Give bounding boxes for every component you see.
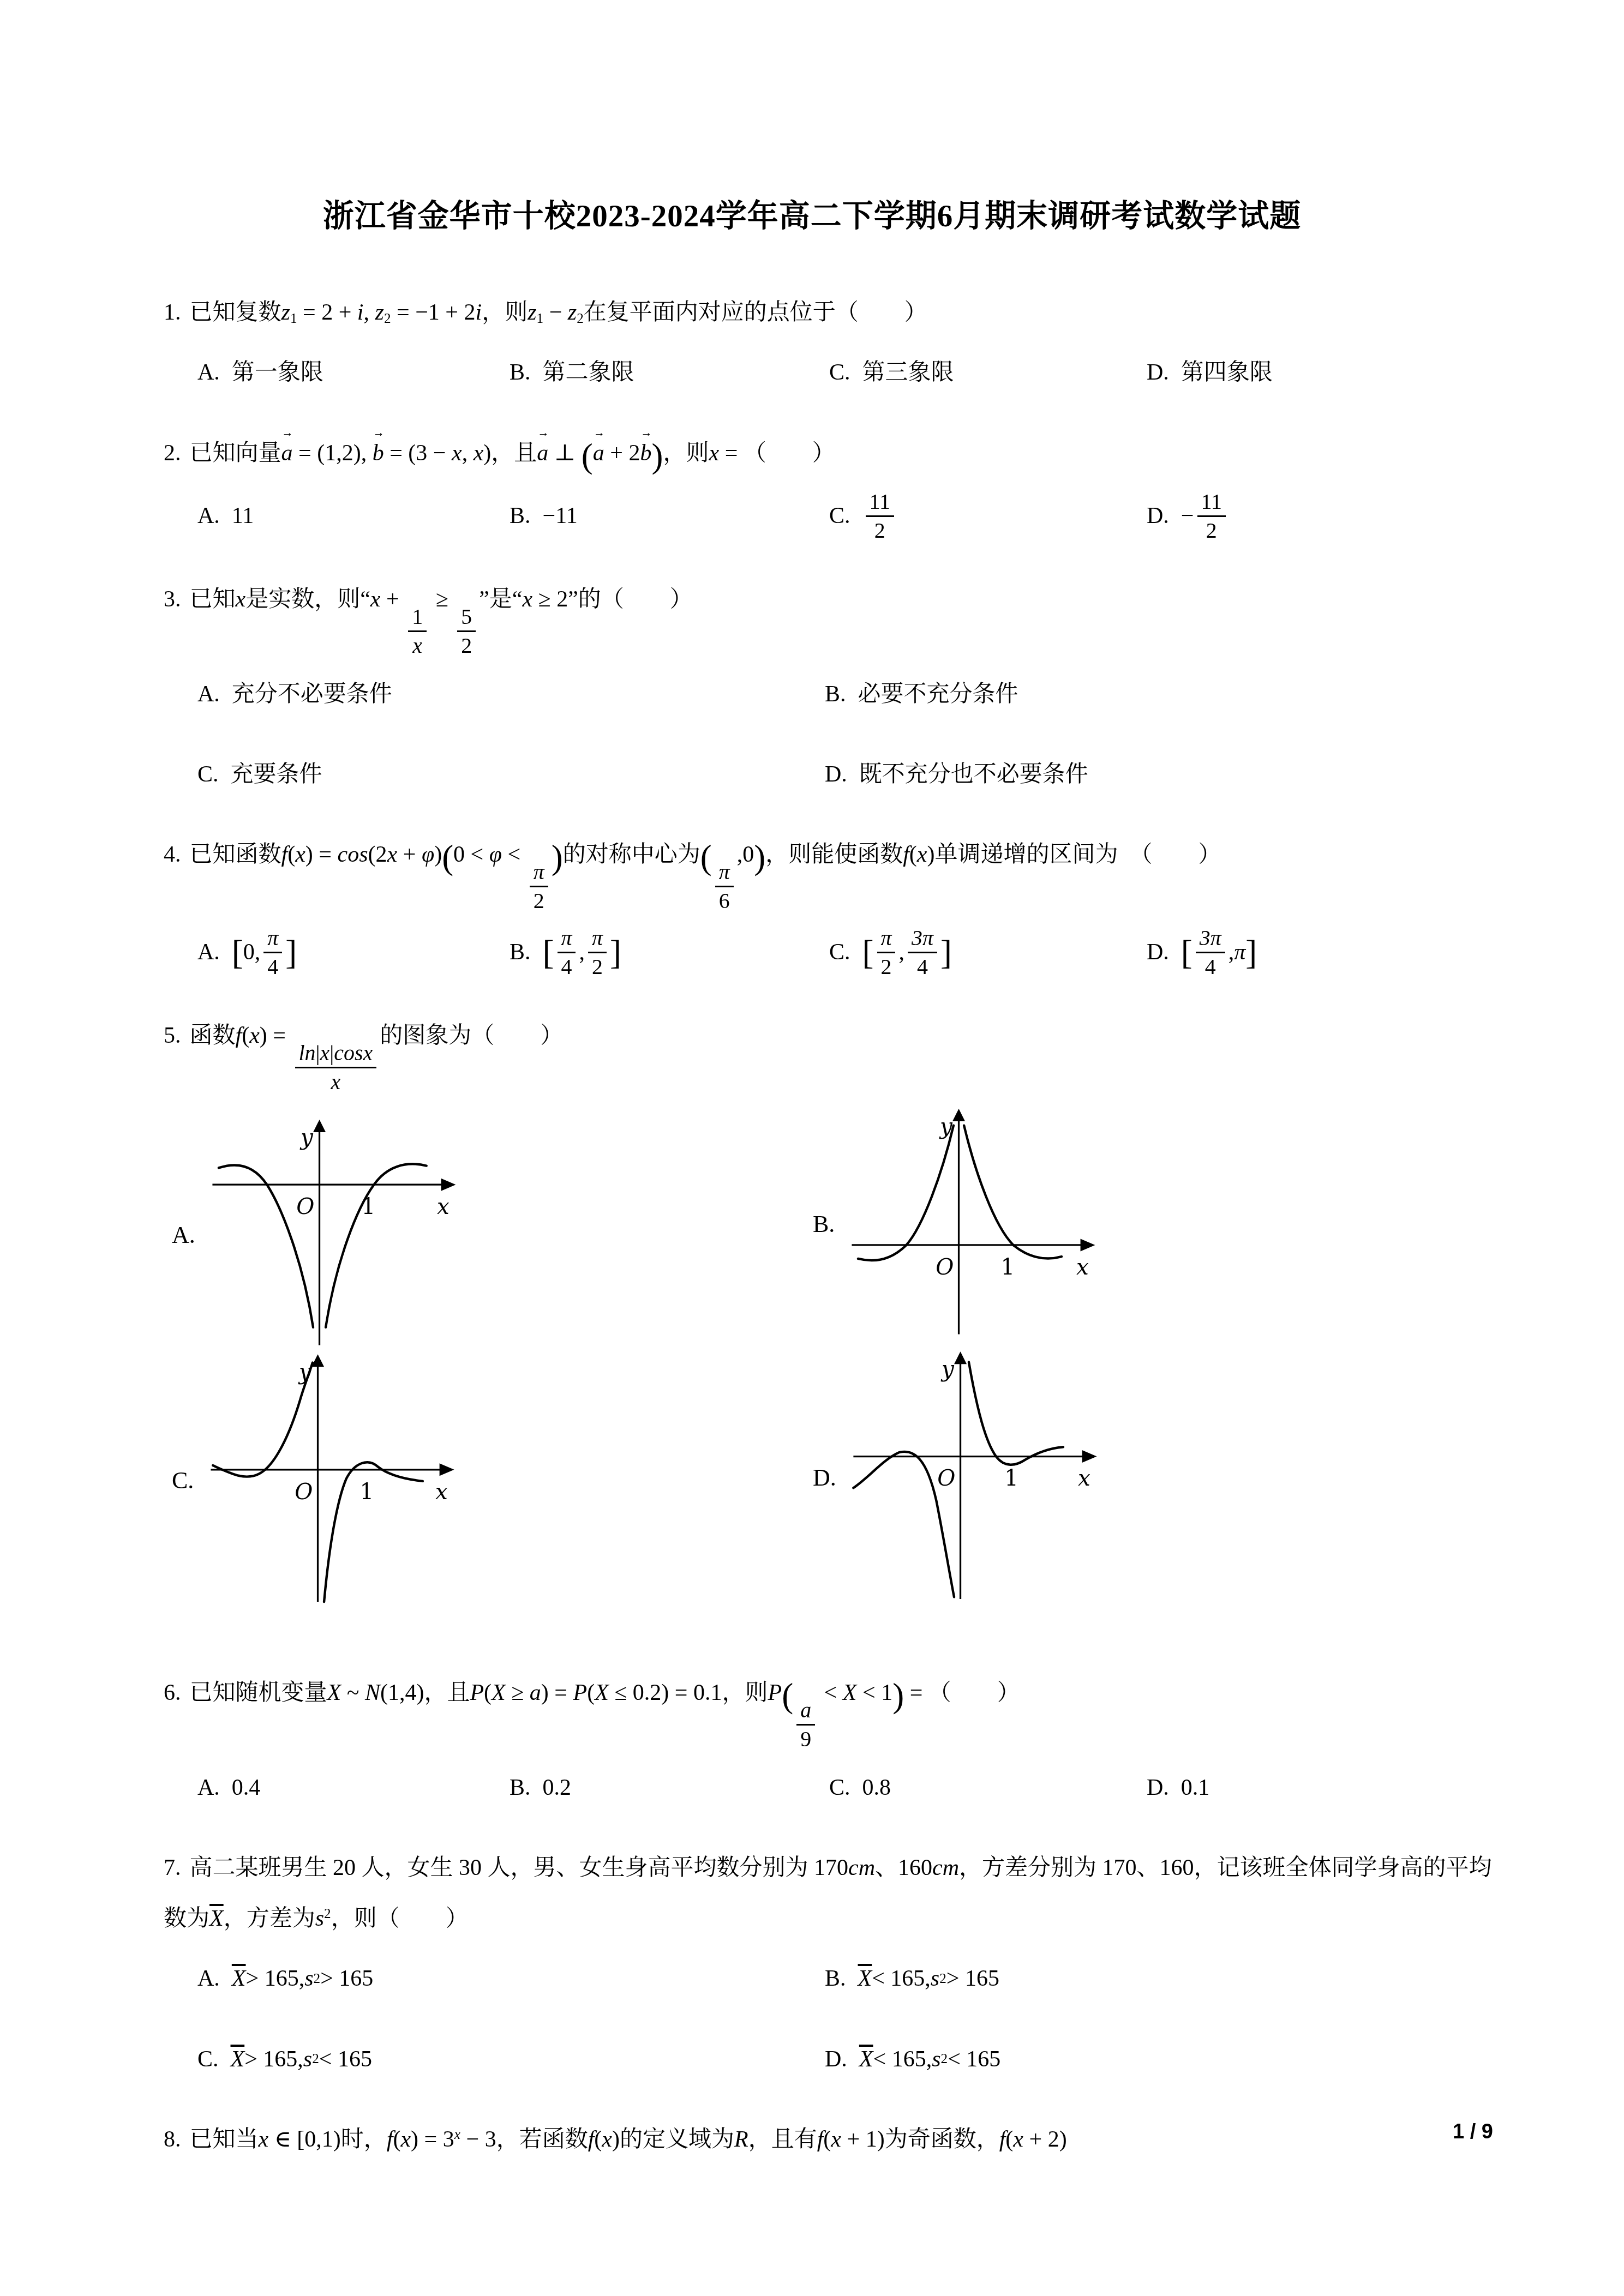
option-letter: D. xyxy=(1147,347,1169,398)
origin-label: O xyxy=(937,1466,955,1492)
x-axis-label: x xyxy=(1078,1466,1090,1492)
text-run: < 165 xyxy=(948,2034,1000,2084)
question-6: 6.已知随机变量X ~ N(1,4)，且P(X ≥ a) = P(X ≤ 0.2… xyxy=(164,1668,1499,1813)
text-run: − xyxy=(1181,491,1194,541)
text-run: X xyxy=(327,1680,341,1705)
option-content: 第三象限 xyxy=(862,347,954,398)
text-run: 必要不充分条件 xyxy=(858,669,1018,719)
x-axis-label: x xyxy=(1076,1254,1089,1280)
text-run: < 1 xyxy=(856,1680,892,1705)
graph-d-plot: y x O 1 xyxy=(845,1351,1118,1603)
text-run: f xyxy=(903,842,909,867)
option-2D: D.− 112 xyxy=(1147,488,1499,544)
text-run: π xyxy=(561,925,572,950)
text-run: π xyxy=(592,925,603,950)
text-run: 5 xyxy=(457,603,476,632)
option-letter: B. xyxy=(825,1954,846,2004)
text-run: X xyxy=(859,2034,873,2084)
text-run: ) xyxy=(652,436,663,474)
option-letter: C. xyxy=(197,2034,219,2084)
option-4D: D.[3π4, π] xyxy=(1147,924,1499,981)
text-run: x xyxy=(331,1069,340,1094)
text-run: z xyxy=(375,300,384,325)
text-run: ( xyxy=(782,1676,793,1715)
y-axis-label: y xyxy=(940,1357,955,1383)
option-content: 0.4 xyxy=(232,1763,261,1813)
text-run: P xyxy=(470,1680,484,1705)
question-number: 2. xyxy=(164,441,181,466)
text-run: , xyxy=(898,927,904,977)
origin-label: O xyxy=(936,1254,954,1280)
question-stem: 5.函数f(x) = ln|x|cosxx的图象为（ ） xyxy=(164,1011,1499,1096)
fraction: π4 xyxy=(263,924,282,981)
text-run: 既不充分也不必要条件 xyxy=(859,749,1088,800)
text-run: ，则能使函数 xyxy=(765,842,903,867)
options: A.[0, π4]B.[π4, π2]C.[π2, 3π4]D.[3π4, π] xyxy=(164,924,1499,981)
option-4C: C.[π2, 3π4] xyxy=(829,924,1147,981)
question-2: 2.已知向量a = (1,2), b = (3 − x, x)，且a ⊥ (a … xyxy=(164,428,1499,544)
graph-label-d: D. xyxy=(813,1464,836,1492)
text-run: 9 xyxy=(796,1726,815,1753)
text-run: (2 xyxy=(368,842,387,867)
x-axis-arrow xyxy=(1081,1239,1095,1252)
fraction: 3π4 xyxy=(1196,924,1225,981)
text-run: 2 xyxy=(457,632,476,659)
text-run: 2 xyxy=(530,887,548,915)
graph-option-a: A. y x O 1 xyxy=(172,1120,477,1350)
text-run: a xyxy=(537,428,548,478)
text-run: z xyxy=(568,300,577,325)
question-4: 4.已知函数f(x) = cos(2x + φ)(0 < φ < π2)的对称中… xyxy=(164,830,1499,980)
text-run: 2 xyxy=(939,1964,946,1994)
option-letter: B. xyxy=(510,491,531,541)
text-run: − xyxy=(543,300,568,325)
tick-label-1: 1 xyxy=(1004,1466,1018,1492)
text-run: π xyxy=(1234,927,1245,977)
text-run: x xyxy=(236,587,246,612)
text-run: π xyxy=(263,924,282,953)
option-4B: B.[π4, π2] xyxy=(510,924,829,981)
text-run: 充要条件 xyxy=(231,749,322,800)
text-run: ( xyxy=(909,842,917,867)
text-run: 已知向量 xyxy=(190,441,281,466)
text-run: = (1,2), xyxy=(293,441,373,466)
text-run: 2 xyxy=(874,518,885,543)
text-run: > 165, xyxy=(244,2034,303,2084)
option-6D: D.0.1 xyxy=(1147,1763,1499,1813)
text-run: , xyxy=(1229,927,1235,977)
function-curve xyxy=(964,1126,1062,1259)
option-letter: B. xyxy=(510,927,531,977)
text-run: ，则 xyxy=(663,441,709,466)
text-run: x xyxy=(249,1023,260,1048)
text-run: π xyxy=(530,858,548,887)
origin-label: O xyxy=(296,1194,314,1219)
option-content: −11 xyxy=(543,491,578,541)
option-2C: C.112 xyxy=(829,488,1147,544)
option-6B: B.0.2 xyxy=(510,1763,829,1813)
option-1C: C.第三象限 xyxy=(829,347,1147,398)
text-run: f xyxy=(999,2127,1006,2152)
question-3: 3.已知x是实数，则“x + 1x ≥ 52”是“x ≥ 2”的（ ）A.充分不… xyxy=(164,574,1499,800)
text-run: 2 xyxy=(461,633,472,658)
text-run: x xyxy=(474,441,484,466)
text-run: 的对称中心为 xyxy=(563,842,700,867)
text-run: ≤ 0.2) = 0.1，则 xyxy=(609,1680,768,1705)
question-number: 6. xyxy=(164,1680,181,1705)
option-content: [3π4, π] xyxy=(1181,924,1257,981)
option-content: 0.8 xyxy=(862,1763,891,1813)
text-run: ln xyxy=(299,1041,316,1065)
text-run: 2 xyxy=(877,953,896,981)
fraction: 52 xyxy=(457,603,476,659)
options: A.充分不必要条件B.必要不充分条件C.充要条件D.既不充分也不必要条件 xyxy=(164,669,1499,800)
graph-option-d: D. y x O 1 xyxy=(813,1351,1118,1603)
text-run: 0.8 xyxy=(862,1763,891,1813)
option-letter: B. xyxy=(510,1763,531,1813)
option-3C: C.充要条件 xyxy=(197,749,825,800)
text-run: x xyxy=(412,633,422,658)
text-run: 1 xyxy=(290,311,297,326)
text-run: ⊥ xyxy=(548,441,582,466)
fraction: π4 xyxy=(558,924,576,981)
text-run: 、160 xyxy=(875,1855,932,1880)
question-stem: 2.已知向量a = (1,2), b = (3 − x, x)，且a ⊥ (a … xyxy=(164,428,1499,478)
question-stem: 4.已知函数f(x) = cos(2x + φ)(0 < φ < π2)的对称中… xyxy=(164,830,1499,915)
graph-label-c: C. xyxy=(172,1466,194,1494)
text-run: s xyxy=(315,1906,324,1931)
text-run: 6 xyxy=(719,888,730,913)
text-run: 第三象限 xyxy=(862,347,954,398)
text-run: 已知当 xyxy=(190,2127,259,2152)
text-run: π xyxy=(588,924,607,953)
text-run: ≥ 2”的（ ） xyxy=(532,587,693,612)
option-letter: B. xyxy=(825,669,846,719)
y-axis-arrow xyxy=(954,1352,967,1365)
function-curve xyxy=(213,1363,313,1477)
text-run: , xyxy=(364,300,375,325)
text-run: 2 xyxy=(871,517,889,544)
option-letter: A. xyxy=(197,1954,220,2004)
graph-label-b: B. xyxy=(813,1210,835,1238)
text-run: x xyxy=(387,842,398,867)
graph-option-b: B. y x O 1 xyxy=(813,1109,1116,1339)
text-run: x xyxy=(295,842,305,867)
option-content: [π2, 3π4] xyxy=(862,924,952,981)
option-content: X > 165, s2 > 165 xyxy=(232,1954,373,2004)
text-run: 0.1 xyxy=(1181,1763,1210,1813)
graph-option-c: C. y x O 1 xyxy=(172,1354,475,1606)
option-content: 第四象限 xyxy=(1181,347,1273,398)
text-run: ~ xyxy=(341,1680,365,1705)
text-run: φ xyxy=(422,842,434,867)
option-letter: A. xyxy=(197,669,220,719)
text-run: 1 xyxy=(537,311,544,326)
text-run: 3π xyxy=(1196,924,1225,953)
tick-label-1: 1 xyxy=(360,1479,374,1505)
text-run: 0.4 xyxy=(232,1763,261,1813)
function-curve xyxy=(858,1126,954,1260)
text-run: 已知随机变量 xyxy=(190,1680,327,1705)
text-run: ( xyxy=(442,838,453,876)
text-run: ( xyxy=(587,1680,595,1705)
text-run: < 165, xyxy=(872,1954,931,2004)
text-run: ,0 xyxy=(737,842,754,867)
text-run: 2 xyxy=(881,954,892,979)
text-run: 已知复数 xyxy=(190,300,281,325)
question-number: 4. xyxy=(164,842,181,867)
text-run: 2 xyxy=(312,2044,319,2074)
graph-c-plot: y x O 1 xyxy=(202,1354,475,1606)
page-number: 1 / 9 xyxy=(1453,2120,1493,2144)
question-stem: 6.已知随机变量X ~ N(1,4)，且P(X ≥ a) = P(X ≤ 0.2… xyxy=(164,1668,1499,1753)
text-run: 已知 xyxy=(190,587,236,612)
option-content: 充要条件 xyxy=(231,749,322,800)
text-run: 4 xyxy=(558,953,576,981)
text-run: < xyxy=(502,842,526,867)
options: A.X > 165, s2 > 165B.X < 165, s2 > 165C.… xyxy=(164,1954,1499,2084)
text-run: a xyxy=(800,1698,811,1722)
text-run: 2 xyxy=(941,2044,948,2074)
text-run: a xyxy=(796,1697,815,1726)
text-run: ( xyxy=(582,436,593,474)
text-run: 11 xyxy=(232,491,254,541)
tick-label-1: 1 xyxy=(1001,1254,1015,1280)
text-run: 3π xyxy=(908,924,937,953)
text-run: 4 xyxy=(1201,953,1220,981)
option-7D: D.X < 165, s2 < 165 xyxy=(825,2034,1499,2084)
question-number: 7. xyxy=(164,1855,181,1880)
question-stem: 7.高二某班男生 20 人，女生 30 人，男、女生身高平均数分别为 170cm… xyxy=(164,1843,1499,1944)
fraction: ln|x|cosxx xyxy=(295,1039,377,1096)
text-run: > 165, xyxy=(246,1954,305,2004)
text-run: 11 xyxy=(866,488,894,517)
option-letter: D. xyxy=(1147,927,1169,977)
text-run: 4 xyxy=(263,953,282,981)
option-7B: B.X < 165, s2 > 165 xyxy=(825,1954,1499,2004)
text-run: π xyxy=(881,925,892,950)
fraction: π2 xyxy=(877,924,896,981)
fraction: 112 xyxy=(866,488,894,544)
option-letter: D. xyxy=(825,749,847,800)
text-run: 2 xyxy=(534,888,544,913)
text-run: 2 xyxy=(577,311,584,326)
text-run: 函数 xyxy=(190,1023,236,1048)
option-content: 必要不充分条件 xyxy=(858,669,1018,719)
option-content: 11 xyxy=(232,491,254,541)
fraction: π2 xyxy=(588,924,607,981)
text-run: 2 xyxy=(384,311,391,326)
text-run: f xyxy=(817,2127,824,2152)
answer-graphs: A. y x O 1 B. y x xyxy=(164,1103,1499,1638)
text-run: ( xyxy=(484,1680,492,1705)
text-run: ，方差为 xyxy=(224,1906,315,1931)
questions-list: 1.已知复数z1 = 2 + i, z2 = −1 + 2i，则z1 − z2在… xyxy=(164,287,1499,2165)
text-run: ≥ xyxy=(430,587,454,612)
text-run: (1,4)，且 xyxy=(380,1680,470,1705)
text-run: x xyxy=(320,1041,330,1065)
text-run: + 2) xyxy=(1023,2127,1067,2152)
fraction: a9 xyxy=(796,1697,815,1753)
text-run: < xyxy=(818,1680,843,1705)
question-number: 8. xyxy=(164,2127,181,2152)
option-content: 充分不必要条件 xyxy=(232,669,392,719)
text-run: i xyxy=(357,300,364,325)
x-axis-arrow xyxy=(441,1179,456,1191)
text-run: = （ ） xyxy=(904,1680,1020,1705)
options: A.第一象限B.第二象限C.第三象限D.第四象限 xyxy=(164,347,1499,398)
text-run: π xyxy=(558,924,576,953)
option-letter: C. xyxy=(829,491,850,541)
text-run: π xyxy=(877,924,896,953)
text-run: z xyxy=(281,300,290,325)
text-run: x xyxy=(831,2127,841,2152)
option-content: [π4, π2] xyxy=(543,924,621,981)
text-run: P xyxy=(768,1680,782,1705)
text-run: , xyxy=(462,441,474,466)
option-content: 0.1 xyxy=(1181,1763,1210,1813)
option-2B: B.−11 xyxy=(510,491,829,541)
text-run: 第一象限 xyxy=(232,347,323,398)
text-run: x xyxy=(917,842,927,867)
text-run: x xyxy=(259,2127,269,2152)
text-run: 4 xyxy=(917,954,928,979)
text-run: > 165 xyxy=(320,1954,373,2004)
tick-label-1: 1 xyxy=(361,1194,375,1219)
text-run: a xyxy=(281,428,293,478)
text-run: φ xyxy=(489,842,502,867)
option-1B: B.第二象限 xyxy=(510,347,829,398)
text-run: )单调递增的区间为 （ ） xyxy=(927,842,1221,867)
text-run: ( xyxy=(393,2127,400,2152)
x-axis-arrow xyxy=(440,1464,454,1476)
text-run: 高二某班男生 20 人，女生 30 人，男、女生身高平均数分别为 170 xyxy=(190,1855,849,1880)
option-content: 第二象限 xyxy=(543,347,634,398)
text-run: 2 xyxy=(314,1964,321,1994)
graph-b-plot: y x O 1 xyxy=(843,1109,1116,1339)
text-run: P xyxy=(573,1680,587,1705)
exam-paper: 浙江省金华市十校2023-2024学年高二下学期6月期末调研考试数学试题 1.已… xyxy=(0,191,1624,2165)
text-run: 3π xyxy=(912,925,933,950)
text-run: + 1)为奇函数， xyxy=(841,2127,999,2152)
option-letter: B. xyxy=(510,347,531,398)
text-run: | xyxy=(316,1041,320,1065)
text-run: ( xyxy=(700,838,712,876)
text-run: 4 xyxy=(913,953,932,981)
option-6A: A.0.4 xyxy=(197,1763,510,1813)
option-letter: A. xyxy=(197,1763,220,1813)
option-7C: C.X > 165, s2 < 165 xyxy=(197,2034,825,2084)
text-run: ∈ [0,1)时， xyxy=(268,2127,387,2152)
text-run: 2 xyxy=(1206,518,1217,543)
text-run: ) xyxy=(552,838,563,876)
fraction: π6 xyxy=(715,858,734,915)
text-run: = (3 − xyxy=(384,441,452,466)
function-curve xyxy=(219,1165,313,1327)
text-run: 充分不必要条件 xyxy=(232,669,392,719)
text-run: X xyxy=(843,1680,857,1705)
text-run: , xyxy=(579,927,585,977)
text-run: 在复平面内对应的点位于（ ） xyxy=(584,300,927,325)
text-run: ( xyxy=(242,1023,249,1048)
text-run: ) = xyxy=(305,842,338,867)
options: A.0.4B.0.2C.0.8D.0.1 xyxy=(164,1763,1499,1813)
text-run: > 165 xyxy=(946,1954,999,2004)
y-axis-label: y xyxy=(299,1125,314,1151)
option-letter: D. xyxy=(1147,491,1169,541)
option-2A: A.11 xyxy=(197,491,510,541)
text-run: ) = 3 xyxy=(411,2127,454,2152)
text-run: 4 xyxy=(561,954,572,979)
text-run: 2 xyxy=(1202,517,1221,544)
text-run: x xyxy=(409,632,426,659)
option-content: 0.2 xyxy=(543,1763,572,1813)
text-run: x xyxy=(602,2127,612,2152)
page-title: 浙江省金华市十校2023-2024学年高二下学期6月期末调研考试数学试题 xyxy=(82,191,1542,236)
fraction: 3π4 xyxy=(908,924,937,981)
text-run: + xyxy=(397,842,422,867)
x-axis-arrow xyxy=(1082,1450,1096,1463)
option-3B: B.必要不充分条件 xyxy=(825,669,1499,719)
option-7A: A.X > 165, s2 > 165 xyxy=(197,1954,825,2004)
question-stem: 3.已知x是实数，则“x + 1x ≥ 52”是“x ≥ 2”的（ ） xyxy=(164,574,1499,659)
y-axis-arrow xyxy=(311,1355,324,1367)
text-run: f xyxy=(588,2127,595,2152)
text-run: ( xyxy=(594,2127,602,2152)
option-letter: C. xyxy=(829,347,850,398)
text-run: 第四象限 xyxy=(1181,347,1273,398)
option-letter: D. xyxy=(825,2034,847,2084)
text-run: ) = xyxy=(541,1680,573,1705)
text-run: 6 xyxy=(715,887,734,915)
text-run: π xyxy=(267,925,278,950)
option-content: 112 xyxy=(862,488,897,544)
options: A.11B.−11C.112D.− 112 xyxy=(164,488,1499,544)
text-run: )，且 xyxy=(483,441,537,466)
question-number: 1. xyxy=(164,300,181,325)
option-letter: A. xyxy=(197,927,220,977)
text-run: X xyxy=(595,1680,609,1705)
text-run: s xyxy=(932,2034,940,2084)
text-run: s xyxy=(931,1954,939,2004)
fraction: 1x xyxy=(408,603,427,659)
text-run: = −1 + 2 xyxy=(391,300,475,325)
text-run: ( xyxy=(823,2127,831,2152)
text-run: ( xyxy=(287,842,295,867)
text-run: 0 < xyxy=(453,842,489,867)
option-letter: C. xyxy=(197,749,219,800)
text-run: ，则 xyxy=(482,300,528,325)
text-run: X xyxy=(492,1680,506,1705)
text-run: ( xyxy=(1005,2127,1013,2152)
text-run: R xyxy=(734,2127,748,2152)
text-run: x xyxy=(454,2127,460,2142)
option-content: [0, π4] xyxy=(232,924,297,981)
graph-a-plot: y x O 1 xyxy=(204,1120,477,1350)
option-content: 第一象限 xyxy=(232,347,323,398)
text-run: 第二象限 xyxy=(543,347,634,398)
option-6C: C.0.8 xyxy=(829,1763,1147,1813)
text-run: 11 xyxy=(1201,489,1222,514)
text-run: i xyxy=(476,300,482,325)
option-letter: A. xyxy=(197,491,220,541)
text-run: x xyxy=(400,2127,411,2152)
text-run: X xyxy=(209,1906,224,1931)
text-run: 已知函数 xyxy=(190,842,281,867)
text-run: cm xyxy=(848,1855,875,1880)
text-run: x xyxy=(327,1068,344,1096)
question-1: 1.已知复数z1 = 2 + i, z2 = −1 + 2i，则z1 − z2在… xyxy=(164,287,1499,398)
